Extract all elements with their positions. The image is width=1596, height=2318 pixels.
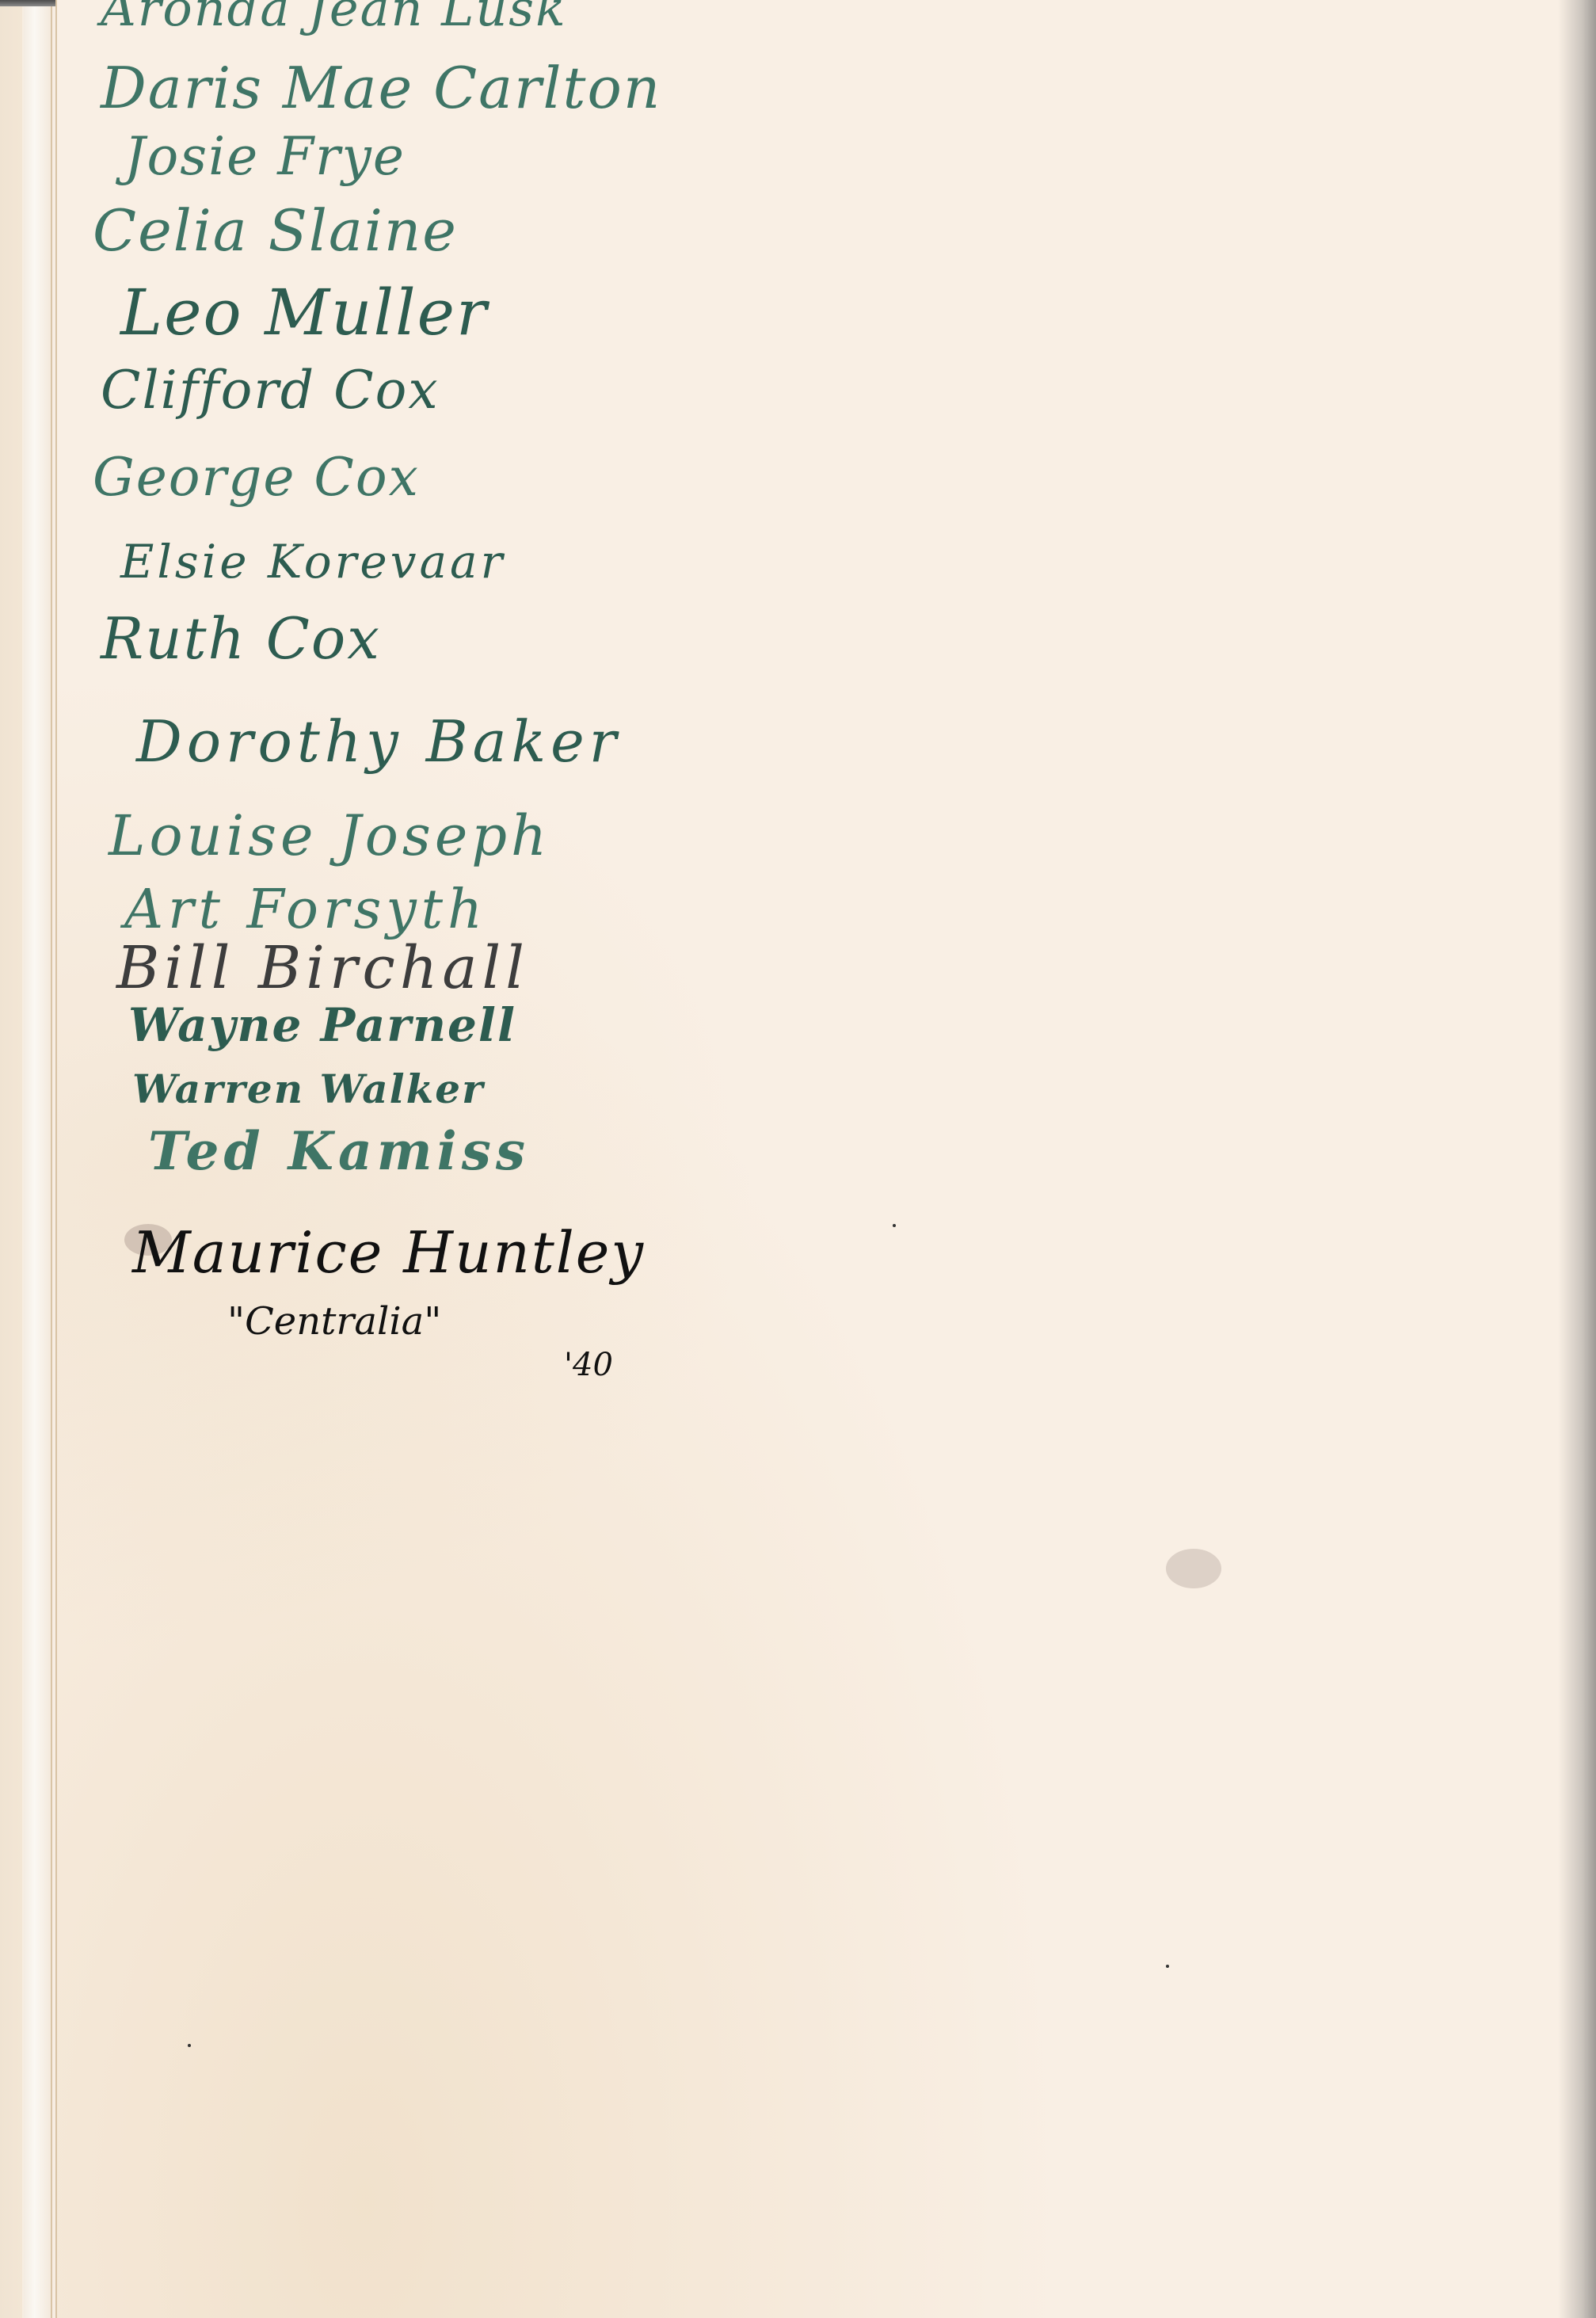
paper-speck: [893, 1224, 896, 1227]
signature-aronda-jean-lusk: Aronda Jean Lusk: [101, 0, 567, 33]
signature-ted-kamiss: Ted Kamiss: [148, 1125, 530, 1177]
signature-warren-walker: Warren Walker: [132, 1069, 484, 1109]
signature-leo-muller: Leo Muller: [120, 281, 488, 345]
signature-josie-frye: Josie Frye: [124, 131, 406, 183]
signature-george-cox: George Cox: [93, 452, 420, 504]
signature-bill-birchall: Bill Birchall: [116, 939, 529, 997]
signature-ruth-cox: Ruth Cox: [101, 610, 381, 667]
paper-speck: [188, 2044, 191, 2047]
signature-art-forsyth: Art Forsyth: [124, 883, 487, 937]
signature-louise-joseph: Louise Joseph: [109, 808, 550, 864]
signature-maurice-huntley: Maurice Huntley: [132, 1224, 645, 1281]
binding-strip: [24, 0, 52, 2318]
paper-speck: [1166, 1965, 1169, 1968]
signature-dorothy-baker: Dorothy Baker: [136, 713, 621, 770]
signature-elsie-korevaar: Elsie Korevaar: [120, 539, 505, 585]
annotation-year: '40: [564, 1347, 613, 1383]
signature-celia-slaine: Celia Slaine: [93, 202, 458, 259]
signature-clifford-cox: Clifford Cox: [101, 364, 440, 417]
book-binding-edge: [0, 0, 22, 2318]
paper-stain: [1166, 1549, 1221, 1588]
autograph-page: Aronda Jean Lusk Daris Mae Carlton Josie…: [55, 0, 1596, 2318]
signature-wayne-parnell: Wayne Parnell: [128, 1002, 516, 1048]
annotation-place: "Centralia": [227, 1299, 441, 1344]
signature-daris-mae-carlton: Daris Mae Carlton: [101, 59, 661, 116]
page-edge-shadow: [1558, 0, 1596, 2318]
